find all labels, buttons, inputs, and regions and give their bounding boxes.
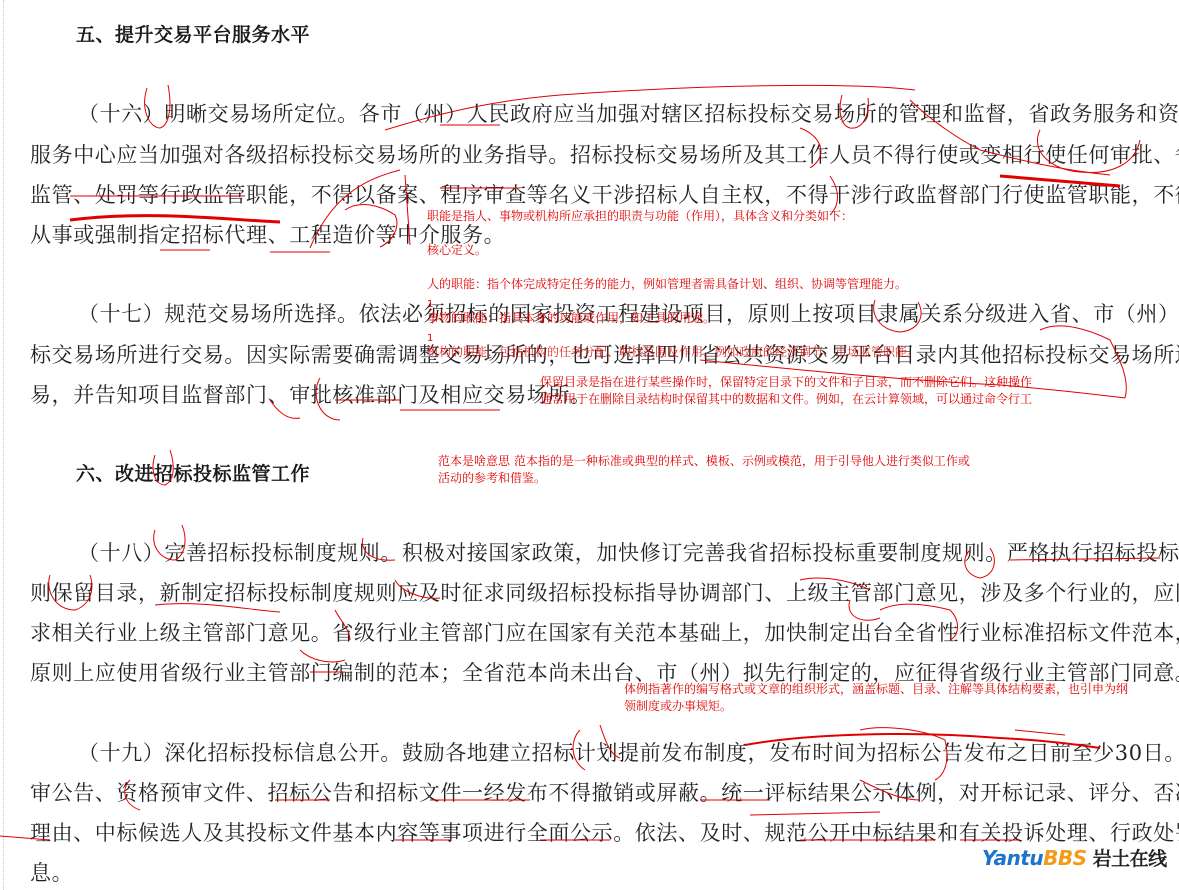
text-line: （十九）深化招标投标信息公开。鼓励各地建立招标计划提前发布制度，发布时间为招标公… (78, 737, 1179, 767)
section-heading-6: 六、改进招标投标监管工作 (76, 459, 310, 486)
yantubbs-watermark-logo: YantuBBS岩土在线 (982, 844, 1167, 871)
text-line: 审公告、资格预审文件、招标公告和招标文件一经发布不得撤销或屏蔽。统一评标结果公示… (30, 777, 1179, 807)
text-line: 监管、处罚等行政监管职能，不得以备案、程序审查等名义干涉招标人自主权，不得干涉行… (30, 179, 1179, 209)
annotation-line: 领制度或办事规矩。 (624, 698, 732, 715)
annotation-line: 保留目录是指在进行某些操作时，保留特定目录下的文件和子目录，而不删除它们。这种操… (540, 374, 1032, 391)
annotation-line: 范本是啥意思 范本指的是一种标准或典型的样式、模板、示例或模范，用于引导他人进行… (438, 453, 970, 470)
footnote-mark: 1 (427, 330, 433, 347)
annotation-line: 职能是指人、事物或机构所应承担的职责与功能（作用），具体含义和分类如下： (427, 208, 853, 225)
text-line: （十六）明晰交易场所定位。各市（州）人民政府应当加强对辖区招标投标交易场所的管理… (78, 98, 1179, 128)
annotation-line: 人的职能：指个体完成特定任务的能力，例如管理者需具备计划、组织、协调等管理能力。 (427, 276, 907, 293)
logo-yantu-text: Yantu (982, 846, 1043, 870)
annotation-line: 体例指著作的编写格式或文章的组织形式，涵盖标题、目录、注解等具体结构要素，也引申… (624, 681, 1128, 698)
logo-bbs-text: BBS (1043, 846, 1086, 870)
text-line: 理由、中标候选人及其投标文件基本内容等事项进行全面公示。依法、及时、规范公开中标… (30, 817, 1179, 847)
footnote-mark: 1 (427, 296, 433, 313)
annotation-line: 事物的职能：指其本身的功能或作用，如工具的用途。 (427, 310, 715, 327)
annotation-line: 机构的职能：包括机构的任务分配、职权范围及作用，例如政府的经济调节、市场监管职能… (427, 344, 919, 361)
text-line: 易，并告知项目监督部门、审批核准部门及相应交易场所。 (30, 379, 592, 409)
page-margin-line (3, 0, 4, 890)
annotation-line: 活动的参考和借鉴。 (438, 470, 546, 487)
text-line: 则保留目录，新制定招标投标制度规则应及时征求同级招标投标指导协调部门、上级主管部… (30, 577, 1179, 607)
text-line: 求相关行业上级主管部门意见。省级行业主管部门应在国家有关范本基础上，加快制定出台… (30, 617, 1179, 647)
text-line: 服务中心应当加强对各级招标投标交易场所的业务指导。招标投标交易场所及其工作人员不… (30, 139, 1179, 169)
logo-chinese-text: 岩土在线 (1093, 848, 1167, 870)
annotation-line: 通常用于在删除目录结构时保留其中的数据和文件。例如，在云计算领域，可以通过命令行… (540, 391, 1032, 408)
annotation-line: 核心定义。 (427, 242, 487, 259)
text-line: 息。 (30, 857, 73, 887)
text-line: （十八）完善招标投标制度规则。积极对接国家政策，加快修订完善我省招标投标重要制度… (78, 537, 1179, 567)
section-heading-5: 五、提升交易平台服务水平 (76, 20, 310, 47)
